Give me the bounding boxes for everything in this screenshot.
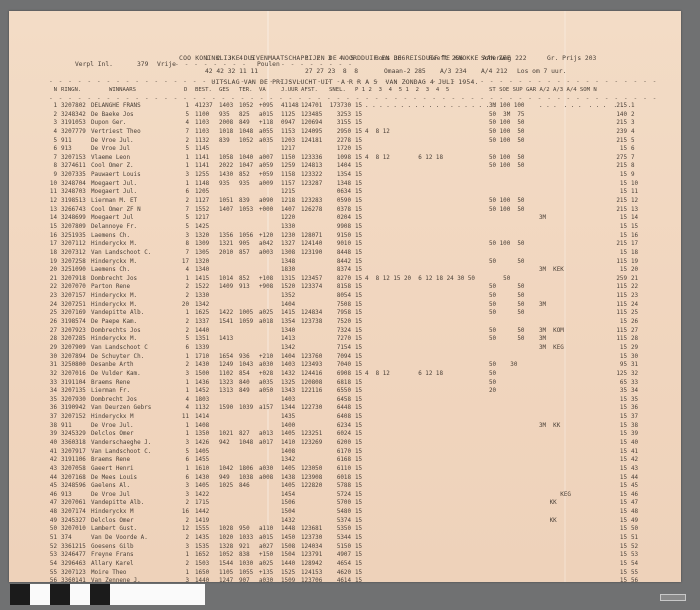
cell-g: 839 — [219, 137, 230, 146]
cell-va: +908 — [259, 283, 273, 292]
cell-a: 123908 — [301, 474, 322, 483]
cell-p: 15 — [355, 508, 362, 517]
cell-b: 1405 — [195, 448, 209, 457]
cell-tot: 15 — [605, 577, 627, 582]
cell-a: 123791 — [301, 551, 322, 560]
cell-tot: 215 — [605, 119, 627, 128]
header-d: D — [184, 87, 187, 93]
cell-j: 1830 — [281, 266, 295, 275]
cell-s: 7958 — [329, 309, 351, 318]
stat-a4: A/4 212 — [481, 68, 508, 76]
cell-va: a055 — [259, 128, 273, 137]
cell-s: 6458 — [329, 396, 351, 405]
cell-rn: 41 — [631, 448, 638, 457]
cell-b: 1625 — [195, 309, 209, 318]
cell-s: 6234 — [329, 422, 351, 431]
cell-ring: 3207779 — [61, 128, 86, 137]
cell-s: 8270 — [329, 275, 351, 284]
cell-d: 3 — [177, 577, 189, 582]
cell-tot: 15 — [605, 214, 627, 223]
cell-va: a050 — [259, 387, 273, 396]
cell-p: 15 — [355, 370, 362, 379]
table-row: 493245327Delclos Omer214191432537415 KK1… — [9, 517, 681, 526]
cell-g: 1321 — [219, 240, 233, 249]
inleg-label: Verpl Inl. — [75, 61, 113, 69]
cell-ring: 3207894 — [61, 353, 86, 362]
cell-s: 3253 — [329, 111, 351, 120]
cell-rn: 9 — [631, 171, 635, 180]
cell-t: 1048 — [239, 439, 253, 448]
zoom-slider[interactable] — [660, 594, 686, 601]
cell-pool: 4 8 12 6 12 18 — [365, 370, 443, 379]
cell-ring: 3207123 — [61, 569, 86, 578]
cell-d: 1 — [177, 162, 189, 171]
cell-t: 840 — [239, 379, 250, 388]
cell-st: 50 — [489, 275, 510, 284]
cell-t: 907 — [239, 577, 250, 582]
cell-name: Lambert Gust. — [91, 525, 137, 534]
cell-tot: 15 — [605, 465, 627, 474]
cell-s: 2278 — [329, 137, 351, 146]
cell-rn: 42 — [631, 456, 638, 465]
cell-d: 20 — [177, 301, 189, 310]
cell-a: 124701 — [301, 102, 322, 111]
cell-tot: 15 — [605, 543, 627, 552]
cell-rn: 11 — [631, 188, 638, 197]
cell-d: 11 — [177, 413, 189, 422]
header-juur: J.UUR — [281, 87, 298, 93]
cell-ring: 3207112 — [61, 240, 86, 249]
table-row: 393245329Delclos Omer113501021827a013140… — [9, 430, 681, 439]
cell-n: 48 — [49, 508, 57, 517]
table-row: 273207923Dombrechts Jos21440134073241550… — [9, 327, 681, 336]
cell-name: De Vulder Kam. — [91, 370, 141, 379]
cell-st: 3M 100 100 — [489, 102, 524, 111]
table-row: 293207909Van Landschoot C613391342715415… — [9, 344, 681, 353]
cell-a: 126278 — [301, 206, 322, 215]
cell-t: 1055 — [239, 569, 253, 578]
cell-b: 1103 — [195, 128, 209, 137]
cell-va: a030 — [259, 465, 273, 474]
cell-ring: 3207016 — [61, 370, 86, 379]
cell-n: 51 — [49, 534, 57, 543]
cell-a: 123485 — [301, 111, 322, 120]
cell-d: 1 — [177, 154, 189, 163]
cell-j: 1520 — [281, 283, 295, 292]
cell-tot: 15 — [605, 560, 627, 569]
cell-ko: 3M KEK — [539, 266, 564, 275]
table-row: 193207258Hinderyckx M.171320134884421550… — [9, 258, 681, 267]
cell-rn: 33 — [631, 379, 638, 388]
cell-va: a007 — [259, 154, 273, 163]
cell-name: Laemens Ch. — [91, 232, 130, 241]
cell-ring: 3207258 — [61, 258, 86, 267]
color-calibration-strip — [10, 584, 205, 605]
cell-d: 4 — [177, 119, 189, 128]
cell-g: 1042 — [219, 465, 233, 474]
cell-p: 15 — [355, 292, 362, 301]
cell-tot: 15 — [605, 180, 627, 189]
cell-n: 49 — [49, 517, 57, 526]
cell-tot: 15 — [605, 474, 627, 483]
cell-st: 50 50 — [489, 309, 524, 318]
table-row: 503207010Lambert Gust.1215551028950a1101… — [9, 525, 681, 534]
cell-n: 10 — [49, 180, 57, 189]
cell-g: 1409 — [219, 283, 233, 292]
cell-ring: 3207174 — [61, 508, 86, 517]
cell-n: 20 — [49, 266, 57, 275]
cell-b: 1803 — [195, 396, 209, 405]
cell-t: 1052 — [239, 102, 253, 111]
cell-name: Moire Theo — [91, 569, 126, 578]
cell-j: 1158 — [281, 171, 295, 180]
cell-s: 6170 — [329, 448, 351, 457]
cell-d: 2 — [177, 499, 189, 508]
cell-va: a030 — [259, 361, 273, 370]
cell-g: 2010 — [219, 249, 233, 258]
cell-ring: 3245329 — [61, 430, 86, 439]
cell-name: Pauwaert Louis — [91, 171, 141, 180]
cell-g: 1105 — [219, 569, 233, 578]
cell-rn: 43 — [631, 465, 638, 474]
cell-d: 3 — [177, 171, 189, 180]
cell-rn: 47 — [631, 499, 638, 508]
cell-n: 19 — [49, 258, 57, 267]
cell-ring: 3207058 — [61, 465, 86, 474]
cell-p: 15 — [355, 249, 362, 258]
cell-p: 15 — [355, 491, 362, 500]
cell-g: 1021 — [219, 430, 233, 439]
cell-j: 1220 — [281, 214, 295, 223]
cell-s: 8158 — [329, 283, 351, 292]
cell-p: 15 — [355, 335, 362, 344]
cell-a: 123322 — [301, 171, 322, 180]
cell-b: 1442 — [195, 508, 209, 517]
cell-n: 5 — [49, 137, 57, 146]
cell-j: 1413 — [281, 335, 295, 344]
cell-ko: 3M KOM — [539, 327, 564, 336]
cell-b: 1132 — [195, 137, 209, 146]
stat-a3: A/3 234 — [440, 68, 467, 76]
cell-ring: 3246477 — [61, 551, 86, 560]
cell-va: +059 — [259, 171, 273, 180]
cell-va: a035 — [259, 379, 273, 388]
cell-name: Desanbe Arth — [91, 361, 134, 370]
cell-s: 1404 — [329, 162, 351, 171]
poulen-values: 27 27 23 8 8 — [305, 68, 358, 76]
cell-n: 41 — [49, 448, 57, 457]
cell-va: +210 — [259, 353, 273, 362]
cell-ring: 3191104 — [61, 379, 86, 388]
cell-d: 5 — [177, 448, 189, 457]
cell-tot: 215 — [605, 137, 627, 146]
cell-j: 1408 — [281, 448, 295, 457]
cell-rn: 45 — [631, 482, 638, 491]
cell-a: 123706 — [301, 577, 322, 582]
cell-g: 1541 — [219, 318, 233, 327]
cell-ring: 3361215 — [61, 543, 86, 552]
cell-name: Lierman Fr. — [91, 387, 130, 396]
cell-name: De Schuyter Ch. — [91, 353, 144, 362]
cell-s: 7270 — [329, 335, 351, 344]
cell-p: 15 — [355, 145, 362, 154]
results-table: 13207802DELANGHE FRANS14123714031052+095… — [9, 102, 681, 582]
cell-tot: 15 — [605, 525, 627, 534]
cell-j: 1157 — [281, 180, 295, 189]
header-ges: GES — [219, 87, 229, 93]
cell-rn: 15 — [631, 223, 638, 232]
cell-b: 1710 — [195, 353, 209, 362]
cell-s: 4614 — [329, 577, 351, 582]
cell-n: 8 — [49, 162, 57, 171]
cell-s: 8448 — [329, 249, 351, 258]
cell-d: 1 — [177, 465, 189, 474]
cell-rn: 32 — [631, 370, 638, 379]
cell-st: 50 100 50 — [489, 197, 524, 206]
cell-name: Delclos Omer — [91, 517, 134, 526]
cell-p: 15 — [355, 396, 362, 405]
cell-st: 50 100 50 — [489, 206, 524, 215]
cell-rn: 5 — [631, 137, 635, 146]
cell-name: Van De Voorde A. — [91, 534, 148, 543]
cell-s: 9150 — [329, 232, 351, 241]
cell-tot: 15 — [605, 223, 627, 232]
calibration-black — [10, 584, 30, 605]
cell-j: 1410 — [281, 439, 295, 448]
cell-tot: 15 — [605, 145, 627, 154]
cell-b: 1340 — [195, 266, 209, 275]
cell-s: 4907 — [329, 551, 351, 560]
cell-b: 1141 — [195, 162, 209, 171]
cell-p: 15 — [355, 569, 362, 578]
cell-p: 15 — [355, 439, 362, 448]
calibration-white — [30, 584, 50, 605]
cell-t: 1043 — [239, 361, 253, 370]
cell-va: +150 — [259, 551, 273, 560]
cell-a: 124034 — [301, 543, 322, 552]
table-row: 443207168De Mees Louis614309491038a00814… — [9, 474, 681, 483]
cell-s: 5700 — [329, 499, 351, 508]
cell-j: 1217 — [281, 145, 295, 154]
table-row: 233207157Hinderyckx M.21330135280541550 … — [9, 292, 681, 301]
cell-n: 30 — [49, 353, 57, 362]
cell-t: 1033 — [239, 534, 253, 543]
cell-n: 47 — [49, 499, 57, 508]
cell-ko: 3M KEG — [539, 344, 564, 353]
cell-d: 1 — [177, 309, 189, 318]
cell-a: 123287 — [301, 180, 322, 189]
cell-d: 2 — [177, 283, 189, 292]
cell-rn: 12 — [631, 197, 638, 206]
cell-j: 1404 — [281, 301, 295, 310]
cell-name: Braems Rene — [91, 379, 130, 388]
cell-name: Van Deurzen Gebrs — [91, 404, 151, 413]
cell-va: +108 — [259, 275, 273, 284]
cell-n: 39 — [49, 430, 57, 439]
cell-va: a027 — [259, 543, 273, 552]
cell-b: 1205 — [195, 188, 209, 197]
cell-tot: 15 — [605, 422, 627, 431]
cell-rn: 2 — [631, 111, 635, 120]
cell-tot: 15 — [605, 171, 627, 180]
table-row: 533246477Freyne Frans116521052838+150150… — [9, 551, 681, 560]
cell-t: 1039 — [239, 404, 253, 413]
cell-tot: 15 — [605, 232, 627, 241]
cell-b: 1415 — [195, 275, 209, 284]
cell-j: 1344 — [281, 404, 295, 413]
cell-t: 1053 — [239, 206, 253, 215]
cell-s: 1348 — [329, 180, 351, 189]
cell-s: 7040 — [329, 361, 351, 370]
cell-tot: 275 — [605, 154, 627, 163]
cell-va: +120 — [259, 232, 273, 241]
cell-p: 15 — [355, 102, 362, 111]
cell-d: 1 — [177, 102, 189, 111]
cell-p: 15 — [355, 465, 362, 474]
cell-va: a009 — [259, 180, 273, 189]
cell-n: 18 — [49, 249, 57, 258]
cell-t: 1056 — [239, 232, 253, 241]
cell-tot: 115 — [605, 309, 627, 318]
cell-name: Dombrecht Jos — [91, 396, 137, 405]
cell-p: 15 — [355, 232, 362, 241]
cell-rn: 44 — [631, 474, 638, 483]
cell-p: 15 — [355, 404, 362, 413]
cell-g: 1654 — [219, 353, 233, 362]
cell-d: 5 — [177, 335, 189, 344]
cell-name: De Vroe Jul — [91, 145, 130, 154]
cell-va: a110 — [259, 525, 273, 534]
cell-rn: 39 — [631, 430, 638, 439]
cell-d: 2 — [177, 197, 189, 206]
cell-d: 4 — [177, 396, 189, 405]
vrije-values: 42 42 32 11 11 — [205, 68, 258, 76]
table-row: 433207058Gaeert Henri1161010421806a03014… — [9, 465, 681, 474]
cell-rn: 50 — [631, 525, 638, 534]
cell-p: 15 — [355, 188, 362, 197]
cell-p: 15 — [355, 353, 362, 362]
cell-rn: 38 — [631, 422, 638, 431]
cell-name: De Mees Louis — [91, 474, 137, 483]
cell-tot: 15 — [605, 534, 627, 543]
cell-j: 1407 — [281, 206, 295, 215]
cell-ring: 3207157 — [61, 292, 86, 301]
cell-s: 9010 — [329, 240, 351, 249]
cell-rn: 10 — [631, 180, 638, 189]
cell-st: 50 50 — [489, 258, 524, 267]
cell-n: 56 — [49, 577, 57, 582]
cell-p: 15 — [355, 517, 362, 526]
cell-rn: 20 — [631, 266, 638, 275]
cell-p: 15 — [355, 422, 362, 431]
cell-va: a090 — [259, 197, 273, 206]
cell-tot: 15 — [605, 353, 627, 362]
table-row: 203251090Laemens Ch.4134018308374153M KE… — [9, 266, 681, 275]
cell-n: 21 — [49, 275, 57, 284]
cell-g: 1014 — [219, 275, 233, 284]
cell-rn: 21 — [631, 275, 638, 284]
cell-t: 849 — [239, 119, 250, 128]
cell-rn: 51 — [631, 534, 638, 543]
header-afst: AFST. — [301, 87, 318, 93]
cell-tot: 15 — [605, 188, 627, 197]
cell-n: 46 — [49, 491, 57, 500]
cell-g: 1025 — [219, 482, 233, 491]
cell-n: 9 — [49, 171, 57, 180]
cell-s: 1354 — [329, 171, 351, 180]
cell-tot: 215 — [605, 197, 627, 206]
cell-ring: 374 — [61, 534, 72, 543]
cell-s: 5350 — [329, 525, 351, 534]
cell-j: 1342 — [281, 456, 295, 465]
cell-j: 1352 — [281, 292, 295, 301]
cell-s: 5344 — [329, 534, 351, 543]
cell-p: 15 — [355, 283, 362, 292]
cell-a: 123269 — [301, 439, 322, 448]
header-ring: RINGN. — [61, 87, 81, 93]
cell-s: 5150 — [329, 543, 351, 552]
table-row: 6913De Vroe Jul511451217172015156 — [9, 145, 681, 154]
table-row: 143248699Moegaert Jul5121712200204153M15… — [9, 214, 681, 223]
cell-p: 15 — [355, 379, 362, 388]
cell-rn: 1 — [631, 102, 635, 111]
cell-n: 45 — [49, 482, 57, 491]
cell-d: 5 — [177, 223, 189, 232]
cell-st: 50 50 — [489, 283, 524, 292]
stat-reeft: Reeft 256 — [429, 55, 463, 63]
cell-j: 1348 — [281, 258, 295, 267]
cell-p: 15 — [355, 448, 362, 457]
cell-ring: 3248703 — [61, 188, 86, 197]
cell-j: 1153 — [281, 128, 295, 137]
cell-s: 7154 — [329, 344, 351, 353]
cell-a: 120694 — [301, 119, 322, 128]
cell-s: 8054 — [329, 292, 351, 301]
cell-d: 1 — [177, 422, 189, 431]
cell-ring: 3248699 — [61, 214, 86, 223]
cell-st: 50 50 — [489, 335, 524, 344]
cell-s: 9908 — [329, 223, 351, 232]
cell-b: 1430 — [195, 361, 209, 370]
cell-a: 122820 — [301, 482, 322, 491]
cell-s: 7094 — [329, 353, 351, 362]
cell-st: 50 100 50 — [489, 240, 524, 249]
cell-name: Lierman M. ET — [91, 197, 137, 206]
cell-b: 1425 — [195, 223, 209, 232]
table-row: 343207135Lierman Fr.114521313849a0501343… — [9, 387, 681, 396]
cell-ring: 3190942 — [61, 404, 86, 413]
cell-b: 1408 — [195, 422, 209, 431]
cell-n: 11 — [49, 188, 57, 197]
table-row: 51374Van De Voorde A.2143510201033a01514… — [9, 534, 681, 543]
cell-rn: 27 — [631, 327, 638, 336]
cell-tot: 15 — [605, 482, 627, 491]
cell-name: De Vroe Jul. — [91, 422, 134, 431]
cell-a: 123738 — [301, 318, 322, 327]
table-row: 333191104Braems Rene114361323840a0351325… — [9, 379, 681, 388]
cell-b: 1426 — [195, 439, 209, 448]
table-row: 38911De Vroe Jul.1140814006234153M KK153… — [9, 422, 681, 431]
cell-g: 1544 — [219, 560, 233, 569]
table-row: 93207335Pauwaert Louis312551430852+05911… — [9, 171, 681, 180]
header-snel: SNEL. — [329, 87, 346, 93]
table-row: 283207285Hinderyckx M.513511413141372701… — [9, 335, 681, 344]
cell-ring: 3207168 — [61, 474, 86, 483]
table-row: 46913De Vroe Jul314221454572415 KEG1546 — [9, 491, 681, 500]
cell-s: 6448 — [329, 404, 351, 413]
cell-ko: 3M KK — [539, 422, 560, 431]
cell-name: Moegaert Jul. — [91, 180, 137, 189]
